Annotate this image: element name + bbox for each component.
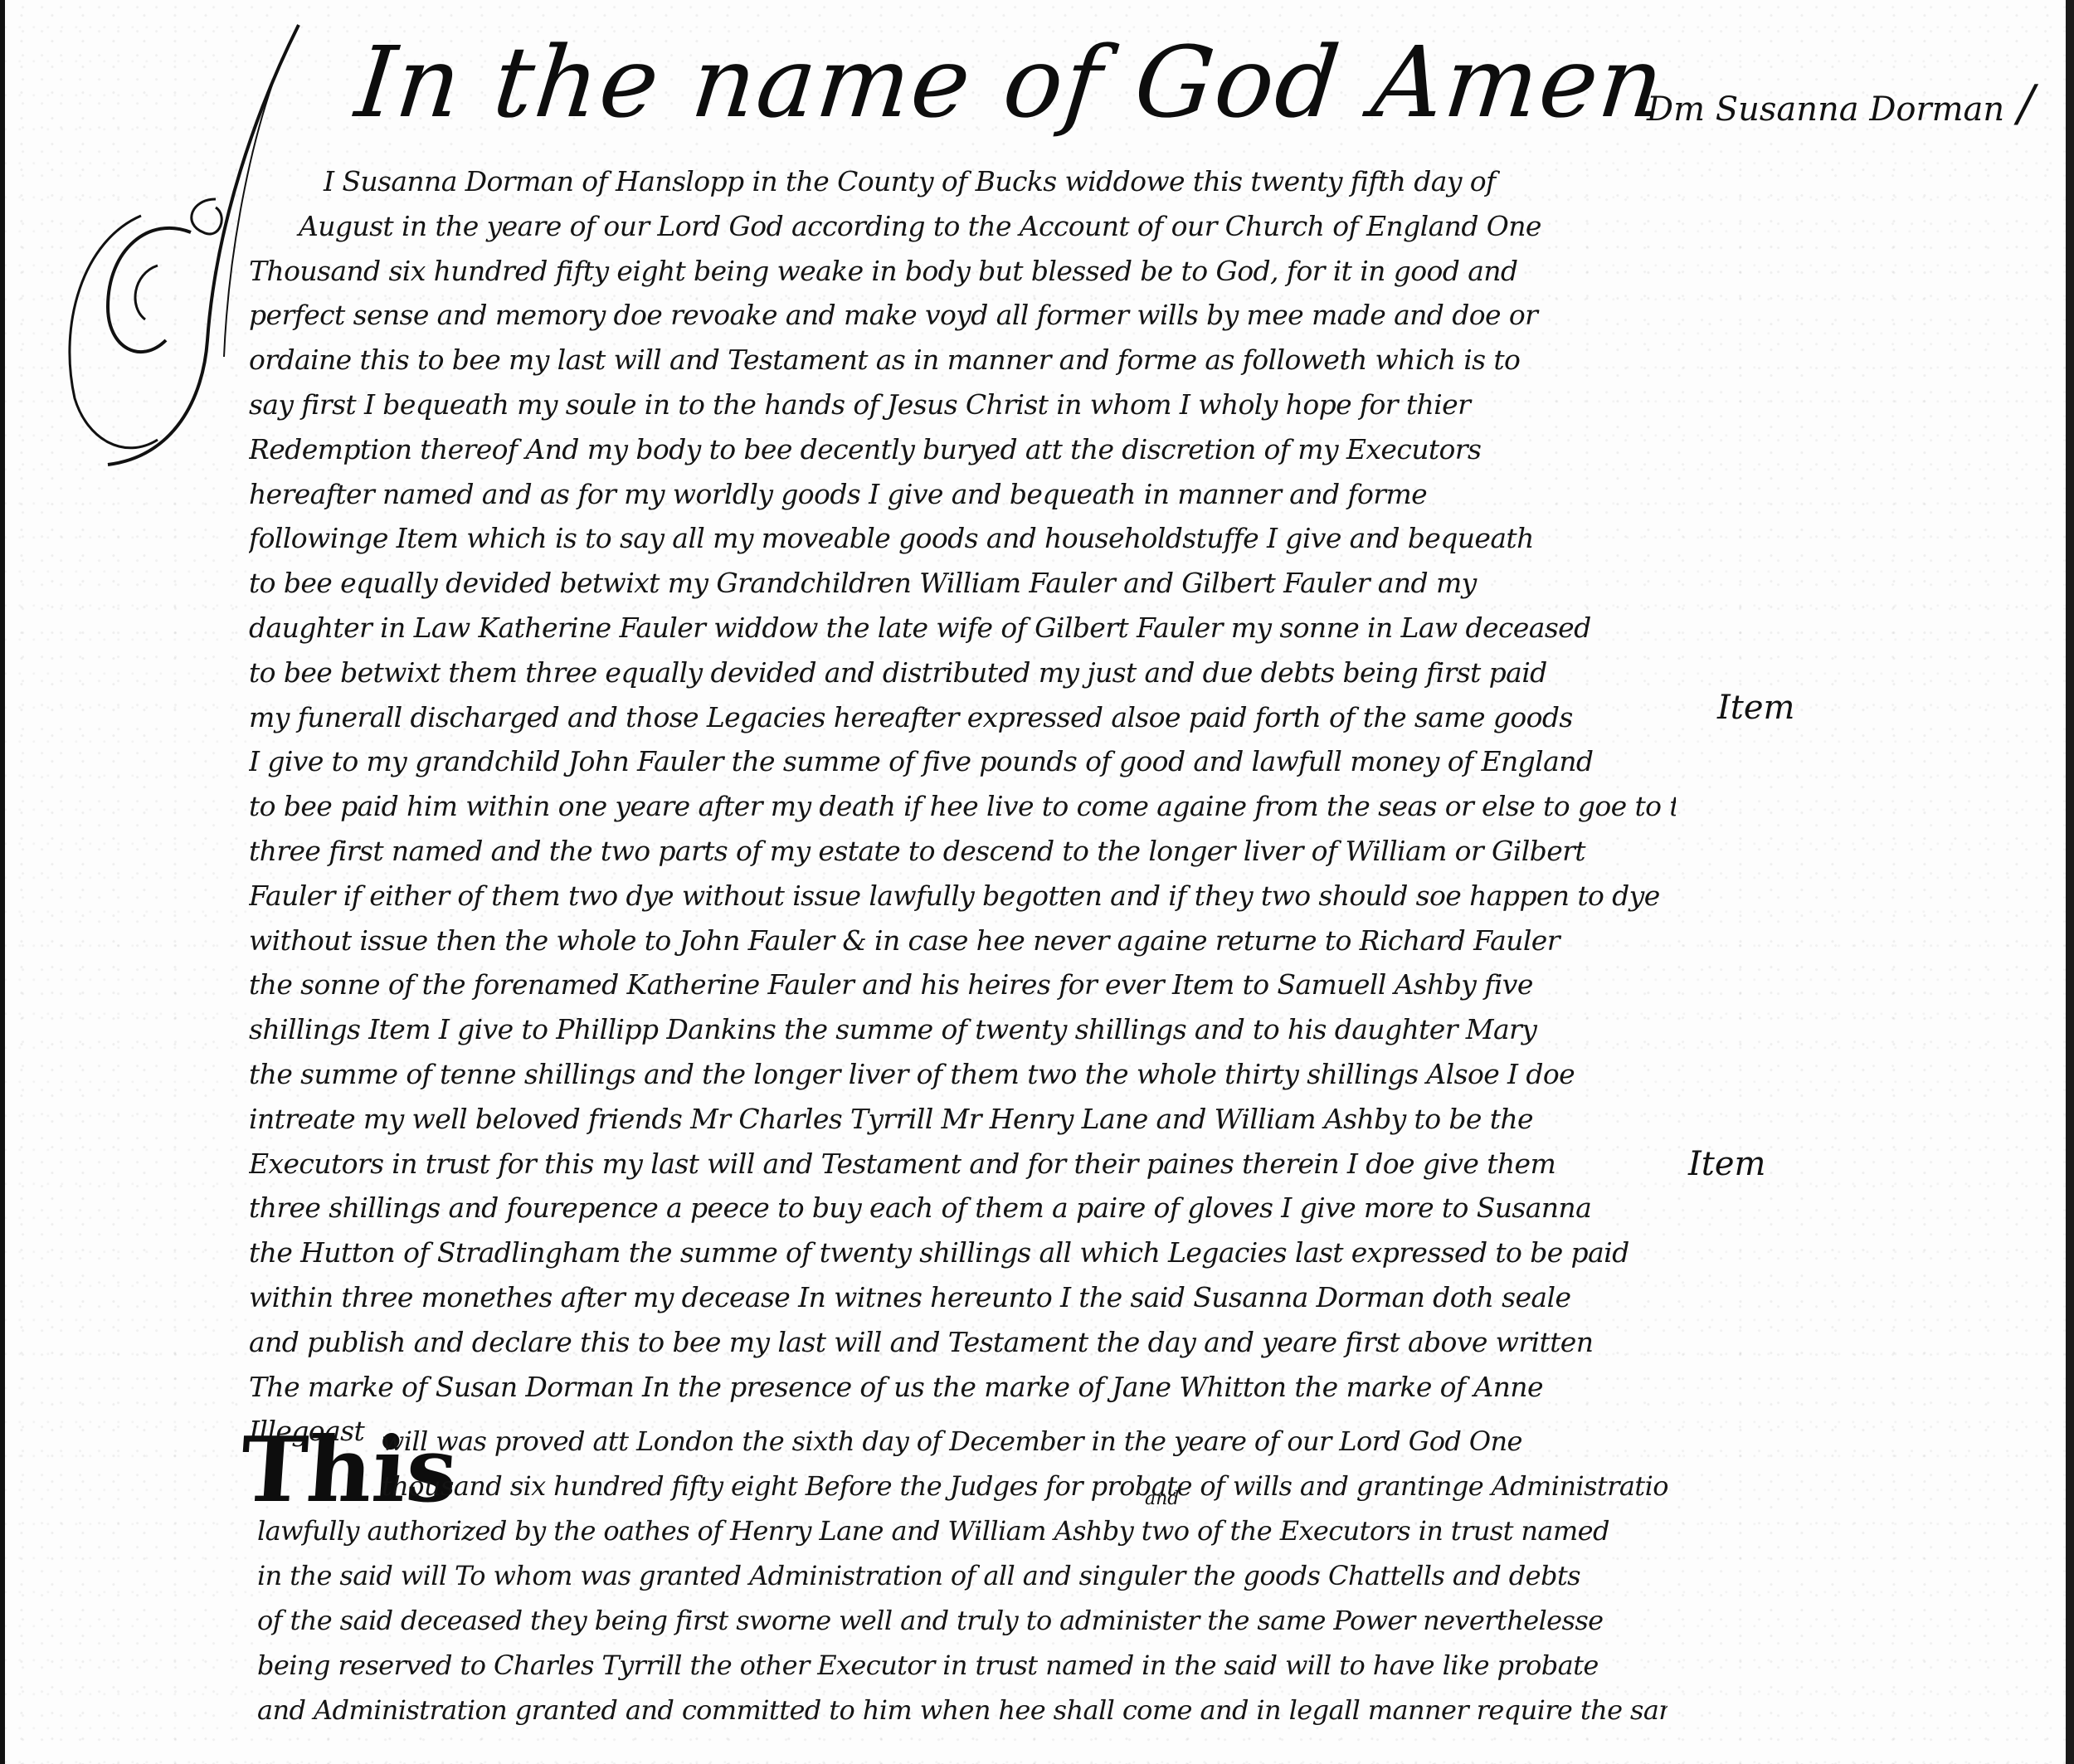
probate-line: of the said deceased they being first sw… — [241, 1598, 1667, 1643]
text-line: intreate my well beloved friends Mr Char… — [249, 1097, 1676, 1142]
text-line: daughter in Law Katherine Fauler widdow … — [249, 606, 1676, 651]
margin-mark: / — [2018, 75, 2034, 133]
text-line: hereafter named and as for my worldly go… — [249, 472, 1676, 517]
will-body-text: I Susanna Dorman of Hanslopp in the Coun… — [249, 159, 1676, 1454]
text-line: Executors in trust for this my last will… — [249, 1142, 1676, 1187]
text-line: The marke of Susan Dorman In the presenc… — [249, 1365, 1676, 1410]
probate-text: will was proved att London the sixth day… — [241, 1419, 1667, 1732]
margin-name-text: Dm Susanna Dorman — [1647, 90, 2004, 129]
text-line: three shillings and fourepence a peece t… — [249, 1186, 1676, 1230]
margin-note-item: Item — [1717, 689, 1794, 727]
text-line: followinge Item which is to say all my m… — [249, 516, 1676, 561]
probate-line: will was proved att London the sixth day… — [241, 1419, 1667, 1464]
probate-line: in the said will To whom was granted Adm… — [241, 1553, 1667, 1598]
probate-line: thousand six hundred fifty eight Before … — [241, 1464, 1667, 1508]
text-line: to bee equally devided betwixt my Grandc… — [249, 561, 1676, 606]
text-line: perfect sense and memory doe revoake and… — [249, 293, 1676, 338]
text-line: three first named and the two parts of m… — [249, 829, 1676, 874]
scan-left-edge — [0, 0, 5, 1764]
text-line: ordaine this to bee my last will and Tes… — [249, 338, 1676, 383]
text-line: Fauler if either of them two dye without… — [249, 874, 1676, 919]
margin-note-item: Item — [1688, 1145, 1765, 1183]
probate-line: lawfully authorized by the oathes of Hen… — [241, 1508, 1667, 1553]
text-line: without issue then the whole to John Fau… — [249, 919, 1676, 963]
document-heading: In the name of God Amen — [352, 33, 1669, 131]
text-line: the summe of tenne shillings and the lon… — [249, 1052, 1676, 1097]
text-line: to bee paid him within one yeare after m… — [249, 784, 1676, 829]
text-line: and publish and declare this to bee my l… — [249, 1320, 1676, 1365]
text-line: say first I bequeath my soule in to the … — [249, 383, 1676, 427]
text-line: August in the yeare of our Lord God acco… — [249, 204, 1676, 249]
text-line: I Susanna Dorman of Hanslopp in the Coun… — [249, 159, 1676, 204]
text-line: Thousand six hundred fifty eight being w… — [249, 249, 1676, 294]
probate-line: and Administration granted and committed… — [241, 1688, 1667, 1732]
text-line: I give to my grandchild John Fauler the … — [249, 739, 1676, 784]
text-line: the Hutton of Stradlingham the summe of … — [249, 1230, 1676, 1275]
text-line: to bee betwixt them three equally devide… — [249, 651, 1676, 695]
margin-testator-name: Dm Susanna Dorman/ — [1647, 75, 2034, 133]
text-line: the sonne of the forenamed Katherine Fau… — [249, 962, 1676, 1007]
scan-right-edge — [2066, 0, 2074, 1764]
text-line: within three monethes after my decease I… — [249, 1275, 1676, 1320]
probate-line: being reserved to Charles Tyrrill the ot… — [241, 1643, 1667, 1688]
text-line: Redemption thereof And my body to bee de… — [249, 427, 1676, 472]
text-line: shillings Item I give to Phillipp Dankin… — [249, 1007, 1676, 1052]
scanned-document-page: In the name of God Amen Dm Susanna Dorma… — [0, 0, 2074, 1764]
text-line: my funerall discharged and those Legacie… — [249, 695, 1676, 740]
